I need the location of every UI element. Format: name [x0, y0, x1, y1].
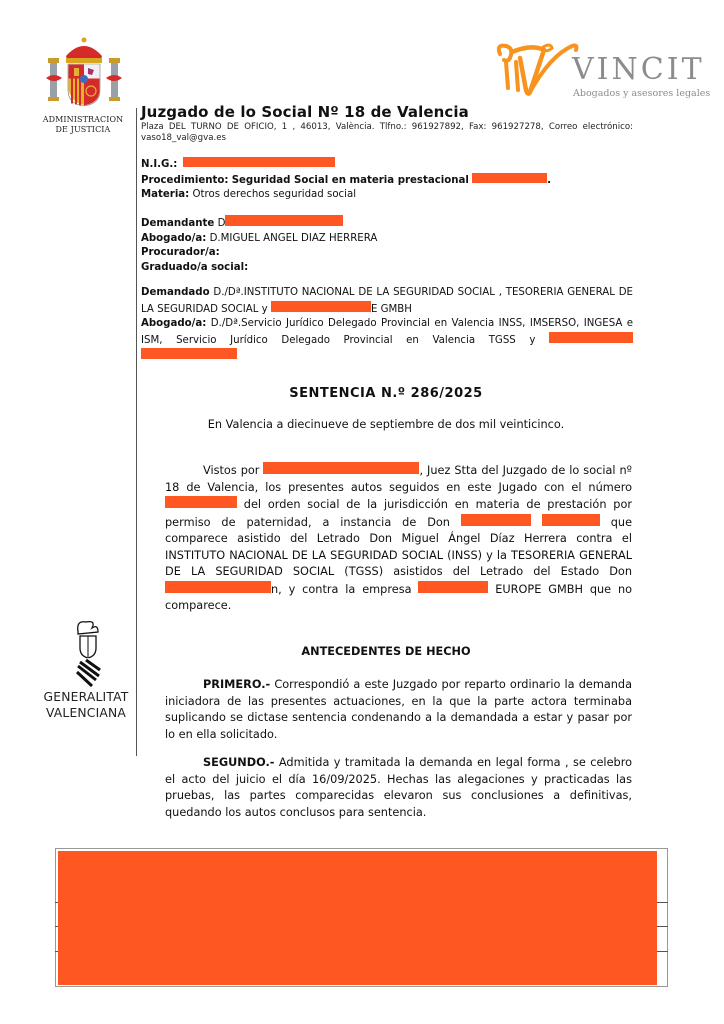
procedimiento-row: Procedimiento: Seguridad Social en mater…: [141, 173, 633, 189]
plaintiff-block: Demandante D Abogado/a: D.MIGUEL ANGEL D…: [141, 215, 633, 275]
procurador-row: Procurador/a:: [141, 246, 633, 261]
spanish-coat-of-arms-icon: [44, 34, 124, 114]
redacted-case-number: [165, 496, 237, 508]
demandado-row: Demandado D./Dª.INSTITUTO NACIONAL DE LA…: [141, 286, 633, 317]
materia-label: Materia:: [141, 189, 189, 200]
procurador-label: Procurador/a:: [141, 247, 220, 258]
graduado-label: Graduado/a social:: [141, 262, 248, 273]
redacted-state-lawyer: [165, 581, 271, 593]
case-identification: N.I.G.: Procedimiento: Seguridad Social …: [141, 157, 633, 203]
redacted-company-name: [271, 301, 371, 312]
redacted-procedure-number: [472, 173, 547, 183]
materia-row: Materia: Otros derechos seguridad social: [141, 188, 633, 203]
abogado-label: Abogado/a:: [141, 233, 206, 244]
redacted-company: [418, 581, 488, 593]
sentence-title: SENTENCIA N.º 286/2025: [136, 386, 636, 401]
materia-value: Otros derechos seguridad social: [193, 189, 357, 200]
administracion-de-justicia-label: ADMINISTRACION DE JUSTICIA: [30, 115, 136, 135]
vincit-tagline: Abogados y asesores legales: [573, 88, 710, 99]
redacted-footer-content: [58, 851, 657, 985]
abogado2-row: Abogado/a: D./Dª.Servicio Jurídico Deleg…: [141, 317, 633, 365]
sentence-date-line: En Valencia a diecinueve de septiembre d…: [136, 418, 636, 431]
vincit-logo-mark-icon: [492, 40, 582, 100]
antecedentes-title: ANTECEDENTES DE HECHO: [136, 645, 636, 658]
demandado-label: Demandado: [141, 287, 210, 298]
redacted-lawyer-1: [549, 332, 633, 343]
vistos-paragraph: Vistos por , Juez Stta del Juzgado de lo…: [165, 462, 632, 615]
vincit-brand-name: VINCIT: [572, 54, 705, 86]
procedimiento-suffix: .: [547, 175, 551, 186]
defendant-block: Demandado D./Dª.INSTITUTO NACIONAL DE LA…: [141, 286, 633, 365]
redacted-plaintiff-last: [542, 514, 600, 526]
primero-label: PRIMERO.-: [203, 678, 270, 691]
segundo-paragraph: SEGUNDO.- Admitida y tramitada la demand…: [165, 755, 632, 821]
vistos-text-1: Vistos por: [203, 464, 259, 477]
graduado-row: Graduado/a social:: [141, 261, 633, 276]
vistos-text-5: n, y contra la empresa: [271, 583, 412, 596]
generalitat-valenciana-label: GENERALITAT VALENCIANA: [34, 689, 138, 721]
primero-paragraph: PRIMERO.- Correspondió a este Juzgado po…: [165, 677, 632, 743]
demandante-prefix: D: [218, 218, 226, 229]
redacted-plaintiff-first: [461, 514, 531, 526]
redacted-nig: [183, 157, 335, 167]
generalitat-valenciana-emblem-icon: [68, 618, 108, 690]
demandante-row: Demandante D: [141, 215, 633, 232]
abogado2-label: Abogado/a:: [141, 318, 206, 329]
adm-label-line-1: ADMINISTRACION: [30, 115, 136, 125]
adm-label-line-2: DE JUSTICIA: [30, 125, 136, 135]
court-address: Plaza DEL TURNO DE OFICIO, 1 , 46013, Va…: [141, 122, 633, 144]
left-margin-rule: [136, 108, 137, 756]
demandado-suffix: E GMBH: [371, 304, 412, 315]
abogado-value: D.MIGUEL ANGEL DIAZ HERRERA: [210, 233, 378, 244]
nig-row: N.I.G.:: [141, 157, 633, 173]
redacted-plaintiff-name: [225, 215, 343, 226]
court-title: Juzgado de lo Social Nº 18 de Valencia: [141, 103, 469, 121]
redacted-lawyer-2: [141, 348, 237, 359]
procedimiento-label: Procedimiento:: [141, 175, 228, 186]
abogado-row: Abogado/a: D.MIGUEL ANGEL DIAZ HERRERA: [141, 232, 633, 247]
procedimiento-value: Seguridad Social en materia prestacional: [232, 175, 469, 186]
segundo-label: SEGUNDO.-: [203, 756, 274, 769]
redacted-judge-name: [263, 462, 419, 474]
nig-label: N.I.G.:: [141, 159, 177, 170]
gv-label-line-2: VALENCIANA: [34, 705, 138, 721]
gv-label-line-1: GENERALITAT: [34, 689, 138, 705]
demandante-label: Demandante: [141, 218, 214, 229]
